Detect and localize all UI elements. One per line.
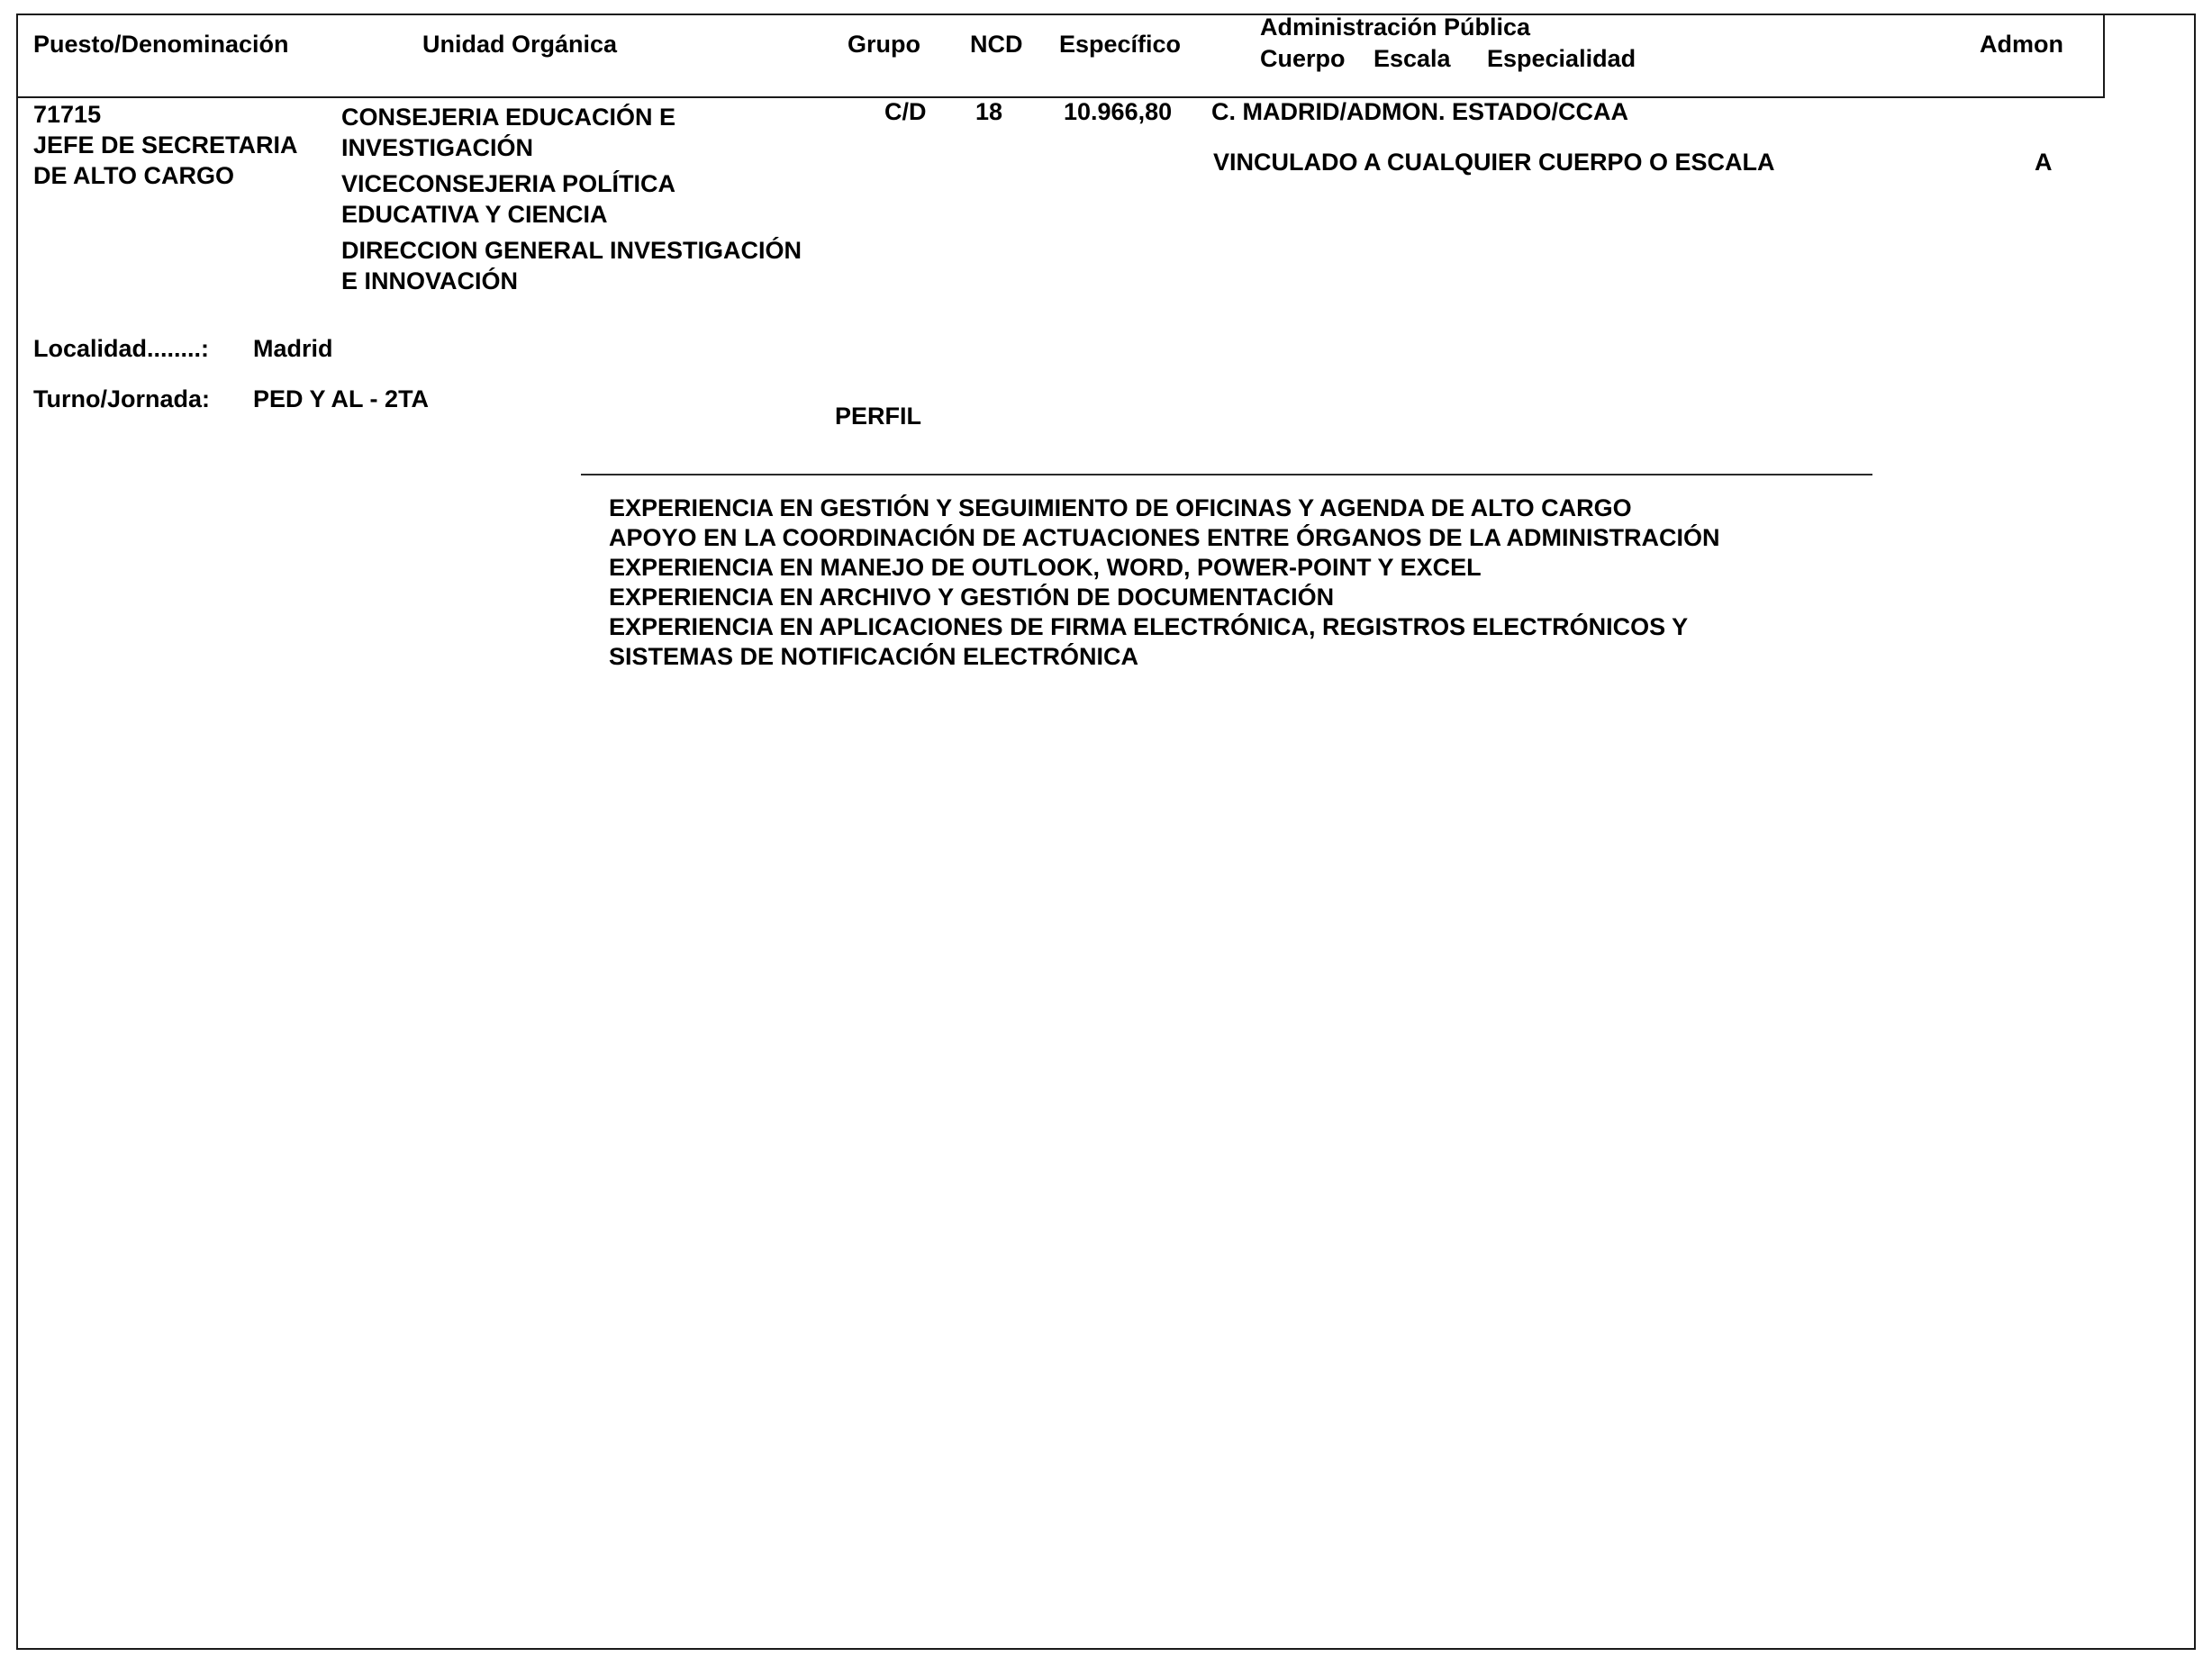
perfil-line: EXPERIENCIA EN ARCHIVO Y GESTIÓN DE DOCU… [609,583,1720,612]
perfil-line: SISTEMAS DE NOTIFICACIÓN ELECTRÓNICA [609,642,1720,672]
perfil-list: EXPERIENCIA EN GESTIÓN Y SEGUIMIENTO DE … [609,493,1720,672]
header-puesto: Puesto/Denominación [33,31,289,59]
unidad-line: E INNOVACIÓN [341,266,802,296]
header-ncd: NCD [970,31,1023,59]
grupo-value: C/D [884,96,927,127]
unidad-line: VICECONSEJERIA POLÍTICA [341,168,802,199]
unidad-line: EDUCATIVA Y CIENCIA [341,199,802,230]
perfil-divider [581,474,1872,475]
header-cuerpo: Cuerpo [1260,45,1346,73]
perfil-line: EXPERIENCIA EN GESTIÓN Y SEGUIMIENTO DE … [609,493,1720,523]
perfil-line: EXPERIENCIA EN APLICACIONES DE FIRMA ELE… [609,612,1720,642]
puesto-codigo: 71715 [33,99,298,130]
localidad-value: Madrid [253,333,333,364]
header-unidad-organica: Unidad Orgánica [422,31,617,59]
ncd-value: 18 [975,96,1002,127]
perfil-line: EXPERIENCIA EN MANEJO DE OUTLOOK, WORD, … [609,553,1720,583]
perfil-line: APOYO EN LA COORDINACIÓN DE ACTUACIONES … [609,523,1720,553]
unidad-line: CONSEJERIA EDUCACIÓN E [341,102,802,132]
administracion-value: C. MADRID/ADMON. ESTADO/CCAA [1211,96,1628,127]
puesto-denominacion-line-1: JEFE DE SECRETARIA [33,130,298,160]
unidad-line: DIRECCION GENERAL INVESTIGACIÓN [341,235,802,266]
turno-label: Turno/Jornada: [33,384,210,414]
unidad-organica-cell: CONSEJERIA EDUCACIÓN E INVESTIGACIÓN VIC… [341,102,802,296]
admon-value: A [2035,147,2053,177]
header-especialidad: Especialidad [1487,45,1636,73]
header-grupo: Grupo [848,31,920,59]
turno-value: PED Y AL - 2TA [253,384,429,414]
especifico-value: 10.966,80 [1064,96,1172,127]
cuerpo-escala-value: VINCULADO A CUALQUIER CUERPO O ESCALA [1213,147,1775,177]
perfil-title: PERFIL [835,401,921,431]
header-admon: Admon [1980,31,2063,59]
header-escala: Escala [1373,45,1451,73]
unidad-line: INVESTIGACIÓN [341,132,802,163]
localidad-label: Localidad........: [33,333,209,364]
header-administracion-publica: Administración Pública [1260,14,1530,41]
header-especifico: Específico [1059,31,1181,59]
puesto-cell: 71715 JEFE DE SECRETARIA DE ALTO CARGO [33,99,298,191]
puesto-denominacion-line-2: DE ALTO CARGO [33,160,298,191]
